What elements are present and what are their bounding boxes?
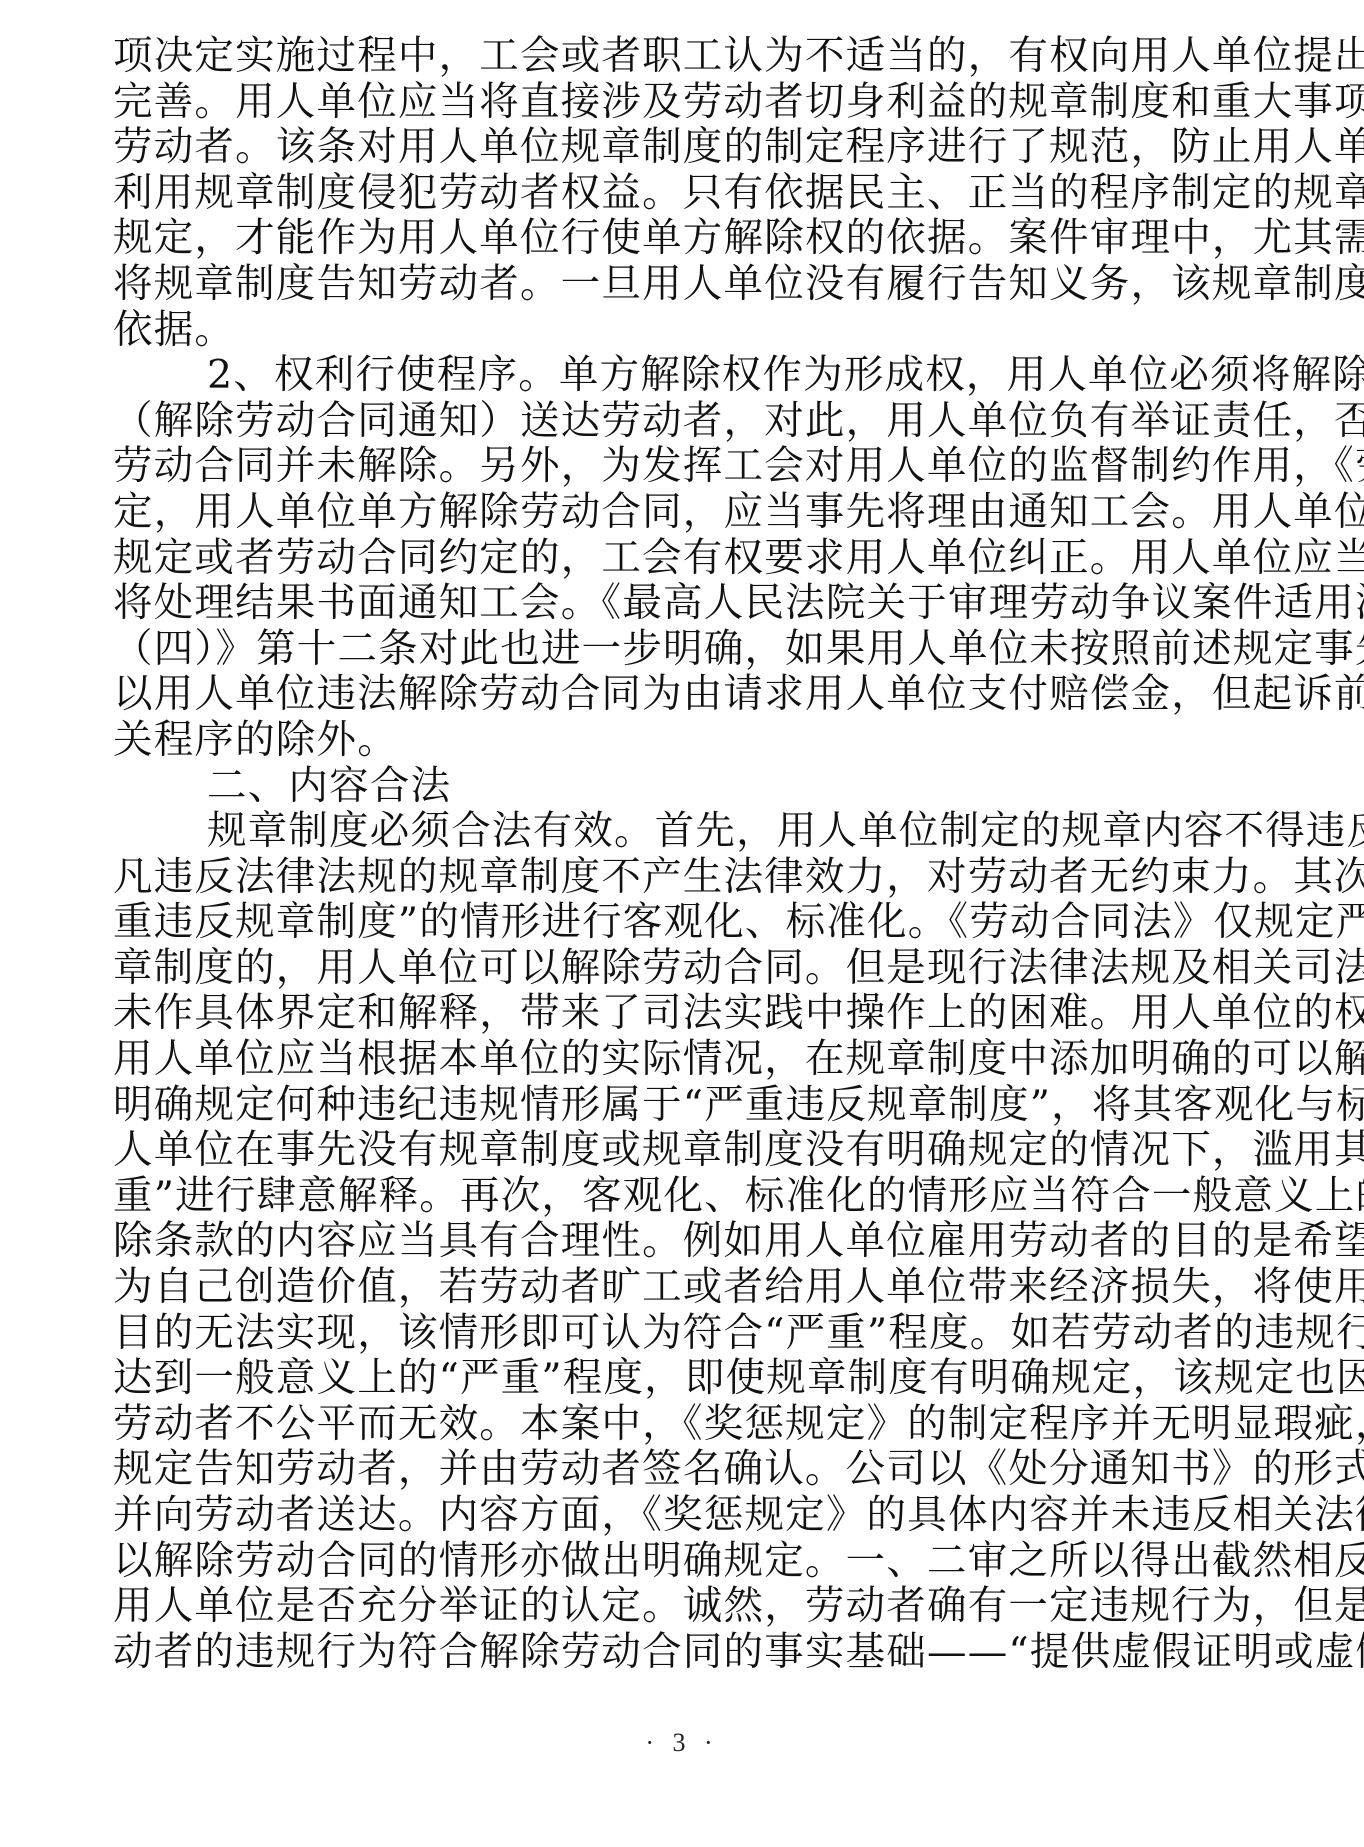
text-line: 动者的违规行为符合解除劳动合同的事实基础——“提供虚假证明或虚假信息”。因此，一	[113, 1630, 1293, 1676]
text-line: 明确规定何种违纪违规情形属于“严重违反规章制度”，将其客观化与标准化。而不允许用	[113, 1083, 1293, 1129]
text-line: 重违反规章制度”的情形进行客观化、标准化。《劳动合同法》仅规定严重违反用人单位规	[113, 900, 1293, 946]
text-line: 劳动者不公平而无效。本案中，《奖惩规定》的制定程序并无明显瑕疵，且公司事先已将该	[113, 1402, 1293, 1448]
text-line: 将处理结果书面通知工会。《最高人民法院关于审理劳动争议案件适用法律若干问题的解释	[113, 581, 1293, 627]
text-line: 除条款的内容应当具有合理性。例如用人单位雇用劳动者的目的是希望利用劳动者的劳动，	[113, 1219, 1293, 1265]
text-line: 重”进行肆意解释。再次，客观化、标准化的情形应当符合一般意义上的“严重”程度，解	[113, 1174, 1293, 1220]
text-line: 关程序的除外。	[113, 718, 1293, 764]
text-line: 规定告知劳动者，并由劳动者签名确认。公司以《处分通知书》的形式行使劳动合同解除权	[113, 1447, 1293, 1493]
text-line: 用人单位是否充分举证的认定。诚然，劳动者确有一定违规行为，但是公司并未充分证明劳	[113, 1584, 1293, 1630]
text-line: 项决定实施过程中，工会或者职工认为不适当的，有权向用人单位提出，通过协商予以修改	[113, 34, 1293, 80]
text-line: 劳动者。该条对用人单位规章制度的制定程序进行了规范，防止用人单位滥用其自主管理权…	[113, 125, 1293, 171]
document-page: 项决定实施过程中，工会或者职工认为不适当的，有权向用人单位提出，通过协商予以修改…	[113, 34, 1293, 1675]
text-line: （解除劳动合同通知）送达劳动者，对此，用人单位负有举证责任，否则该解除权并未生效…	[113, 399, 1293, 445]
text-line: 将规章制度告知劳动者。一旦用人单位没有履行告知义务，该规章制度不得作为单方解除的	[113, 262, 1293, 308]
text-line: 定，用人单位单方解除劳动合同，应当事先将理由通知工会。用人单位违反法律、行政法规	[113, 490, 1293, 536]
subsection-start-line: 2、权利行使程序。单方解除权作为形成权，用人单位必须将解除劳动合同的意思表示	[113, 353, 1293, 399]
text-line: 依据。	[113, 308, 1293, 354]
text-line: 为自己创造价值，若劳动者旷工或者给用人单位带来经济损失，将使用人单位的追求价值的	[113, 1265, 1293, 1311]
page-number: · 3 ·	[0, 1728, 1364, 1758]
text-line: 利用规章制度侵犯劳动者权益。只有依据民主、正当的程序制定的规章制度，方才符合法律	[113, 171, 1293, 217]
text-line: （四）》第十二条对此也进一步明确，如果用人单位未按照前述规定事先通知工会，劳动者…	[113, 627, 1293, 673]
text-line: 目的无法实现，该情形即可认为符合“严重”程度。如若劳动者的违规行为明显较轻，并未	[113, 1311, 1293, 1357]
text-line: 以用人单位违法解除劳动合同为由请求用人单位支付赔偿金，但起诉前用人单位已经补正有	[113, 672, 1293, 718]
text-line: 并向劳动者送达。内容方面，《奖惩规定》的具体内容并未违反相关法律法规，对于公司可	[113, 1493, 1293, 1539]
text-line: 达到一般意义上的“严重”程度，即使规章制度有明确规定，该规定也因不具有合理性和对	[113, 1356, 1293, 1402]
paragraph-start-line: 规章制度必须合法有效。首先，用人单位制定的规章内容不得违反法律、法规的规定，	[113, 809, 1293, 855]
text-line: 规定，才能作为用人单位行使单方解除权的依据。案件审理中，尤其需要审查用人单位是否	[113, 216, 1293, 262]
text-line: 劳动合同并未解除。另外，为发挥工会对用人单位的监督制约作用，《劳动合同法》第 4…	[113, 444, 1293, 490]
text-line: 以解除劳动合同的情形亦做出明确规定。一、二审之所以得出截然相反的结论，关键在于对	[113, 1539, 1293, 1585]
text-line: 章制度的，用人单位可以解除劳动合同。但是现行法律法规及相关司法解释对于“严重”并	[113, 946, 1293, 992]
text-line: 未作具体界定和解释，带来了司法实践中操作上的困难。用人单位的权利应当受到必要限制…	[113, 991, 1293, 1037]
section-heading: 二、内容合法	[113, 764, 1293, 810]
text-line: 用人单位应当根据本单位的实际情况，在规章制度中添加明确的可以解除劳动合同的条款或	[113, 1037, 1293, 1083]
text-line: 人单位在事先没有规章制度或规章制度没有明确规定的情况下，滥用其自主管理权，对“严	[113, 1128, 1293, 1174]
text-line: 规定或者劳动合同约定的，工会有权要求用人单位纠正。用人单位应当研究工会的意见，并	[113, 536, 1293, 582]
text-line: 完善。用人单位应当将直接涉及劳动者切身利益的规章制度和重大事项决定公示，或者告知	[113, 80, 1293, 126]
text-line: 凡违反法律法规的规章制度不产生法律效力，对劳动者无约束力。其次，用人单位应对“严	[113, 855, 1293, 901]
